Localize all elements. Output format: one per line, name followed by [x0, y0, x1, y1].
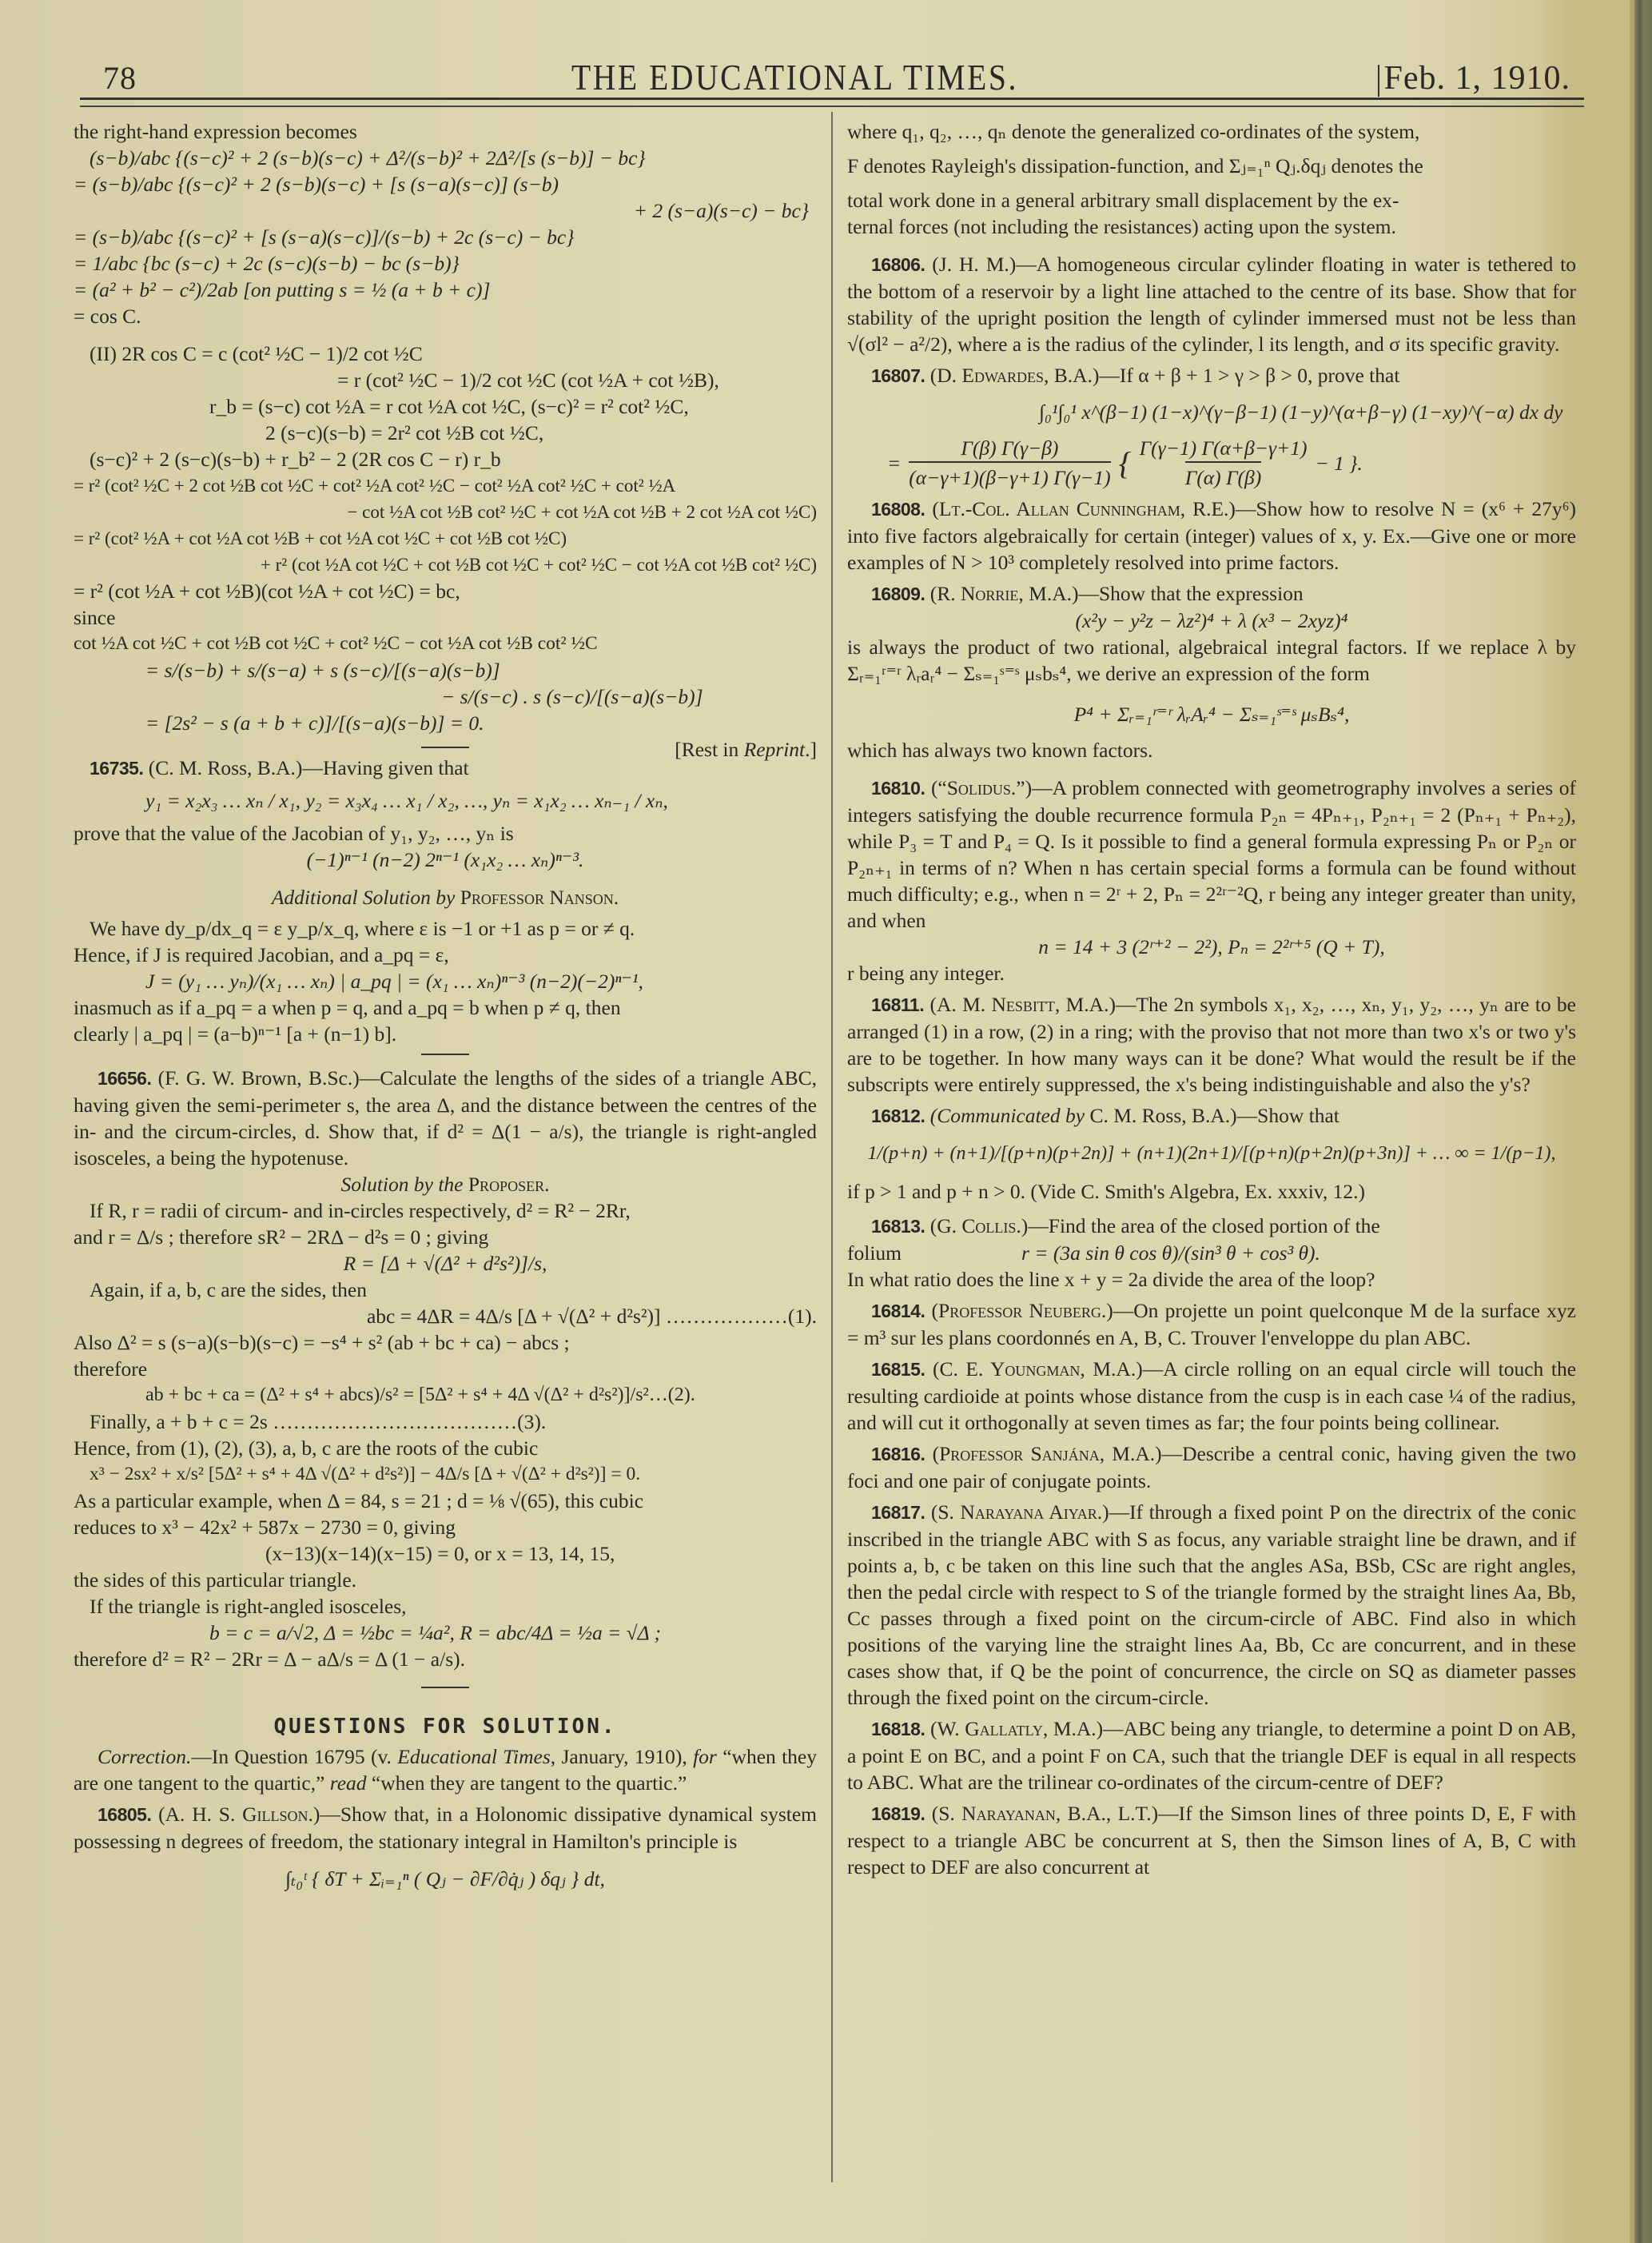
question-16810: 16810. (“Solidus.”)—A problem connected …	[847, 775, 1576, 934]
equation-line: = (s−b)/abc {(s−c)² + 2 (s−b)(s−c) + [s …	[74, 171, 817, 197]
prose-line: if p > 1 and p + n > 0. (Vide C. Smith's…	[847, 1178, 1576, 1205]
question-number: 16805.	[98, 1804, 151, 1825]
question-16816: 16816. (Professor Sanjána, M.A.)—Describ…	[847, 1440, 1576, 1494]
prose-line: reduces to x³ − 42x² + 587x − 2730 = 0, …	[74, 1514, 817, 1540]
prose-line: which has always two known factors.	[847, 737, 1576, 763]
equation-line: ∫₀¹∫₀¹ x^(β−1) (1−x)^(γ−β−1) (1−y)^(α+β−…	[847, 389, 1576, 435]
question-author: (A. H. S. Gillson.)	[158, 1803, 320, 1826]
equation-line: Also Δ² = s (s−a)(s−b)(s−c) = −s⁴ + s² (…	[74, 1329, 817, 1356]
page-number: 78	[103, 59, 137, 97]
equation-line: (s−c)² + 2 (s−c)(s−b) + r_b² − 2 (2R cos…	[74, 446, 817, 472]
prose-line: ternal forces (not including the resista…	[847, 213, 1576, 240]
question-16656: 16656. (F. G. W. Brown, B.Sc.)—Calculate…	[74, 1065, 817, 1171]
prose-line: As a particular example, when Δ = 84, s …	[74, 1488, 817, 1514]
question-16812: 16812. (Communicated by C. M. Ross, B.A.…	[847, 1102, 1576, 1129]
intro-text: the right-hand expression becomes	[74, 118, 817, 145]
question-number: 16656.	[98, 1068, 151, 1089]
since-label: since	[74, 604, 817, 631]
prose-line: We have dy_p/dx_q = ε y_p/x_q, where ε i…	[74, 915, 817, 942]
question-16815: 16815. (C. E. Youngman, M.A.)—A circle r…	[847, 1356, 1576, 1436]
equation-line: = [2s² − s (a + b + c)]/[(s−a)(s−b)] = 0…	[74, 710, 817, 736]
equation-line: therefore d² = R² − 2Rr = Δ − aΔ/s = Δ (…	[74, 1646, 817, 1672]
issue-date: Feb. 1, 1910.	[1378, 59, 1571, 98]
prose-line: where q₁, q₂, …, qₙ denote the generaliz…	[847, 118, 1576, 145]
equation-line: abc = 4ΔR = 4Δ/s [Δ + √(Δ² + d²s²)] ……………	[74, 1303, 817, 1329]
question-author: (C. M. Ross, B.A.)	[149, 756, 303, 779]
equation-line: cot ½A cot ½C + cot ½B cot ½C + cot² ½C …	[74, 631, 817, 657]
section-separator	[421, 1687, 469, 1688]
prose-line: F denotes Rayleigh's dissipation-functio…	[847, 145, 1576, 187]
equation-line: = r² (cot ½A + cot ½B)(cot ½A + cot ½C) …	[74, 578, 817, 604]
bracket-mark	[1378, 65, 1379, 97]
header-rule	[80, 98, 1584, 100]
equation-line: b = c = a/√2, Δ = ½bc = ¼a², R = abc/4Δ …	[74, 1620, 817, 1646]
question-16814: 16814. (Professor Neuberg.)—On projette …	[847, 1297, 1576, 1351]
fraction: Γ(β) Γ(γ−β) (α−γ+1)(β−γ+1) Γ(γ−1)	[909, 435, 1110, 491]
prose-line: Again, if a, b, c are the sides, then	[74, 1277, 817, 1303]
running-header: 78 THE EDUCATIONAL TIMES. Feb. 1, 1910.	[100, 56, 1570, 96]
column-divider	[831, 112, 833, 2182]
equation-line: = (s−b)/abc {(s−c)² + [s (s−a)(s−c)]/(s−…	[74, 224, 817, 250]
issue-date-text: Feb. 1, 1910.	[1384, 60, 1571, 97]
prose-line: If the triangle is right-angled isoscele…	[74, 1593, 817, 1620]
question-author: (F. G. W. Brown, B.Sc.)	[158, 1066, 360, 1090]
equation-line: = cos C.	[74, 303, 817, 329]
equation-line: (s−b)/abc {(s−c)² + 2 (s−b)(s−c) + Δ²/(s…	[74, 145, 817, 171]
equation-line: (x²y − y²z − λz²)⁴ + λ (x³ − 2xyz)⁴	[847, 608, 1576, 634]
equation-line: Finally, a + b + c = 2s ………………………………(3).	[74, 1408, 817, 1435]
equation-line: = s/(s−b) + s/(s−a) + s (s−c)/[(s−a)(s−b…	[74, 657, 817, 683]
question-16806: 16806. (J. H. M.)—A homogeneous circular…	[847, 251, 1576, 357]
journal-title: THE EDUCATIONAL TIMES.	[571, 56, 1018, 98]
correction-note: Correction.—In Question 16795 (v. Educat…	[74, 1743, 817, 1796]
gamma-identity: = Γ(β) Γ(γ−β) (α−γ+1)(β−γ+1) Γ(γ−1) { Γ(…	[847, 435, 1576, 491]
fraction: Γ(γ−1) Γ(α+β−γ+1) Γ(α) Γ(β)	[1140, 435, 1308, 491]
prose-line: total work done in a general arbitrary s…	[847, 187, 1576, 213]
question-16805: 16805. (A. H. S. Gillson.)—Show that, in…	[74, 1801, 817, 1855]
equation-line: J = (y₁ … yₙ)/(x₁ … xₙ) | a_pq | = (x₁ ……	[74, 968, 817, 994]
folium-line: foliumr = (3a sin θ cos θ)/(sin³ θ + cos…	[847, 1240, 1576, 1266]
question-number: 16735.	[90, 758, 143, 779]
question-16817: 16817. (S. Narayana Aiyar.)—If through a…	[847, 1499, 1576, 1711]
prose-line: the sides of this particular triangle.	[74, 1567, 817, 1593]
left-column: the right-hand expression becomes (s−b)/…	[74, 118, 817, 1892]
equation-line: = r² (cot² ½A + cot ½A cot ½B + cot ½A c…	[74, 525, 817, 552]
book-binding-strip	[1634, 0, 1652, 2243]
equation-line: n = 14 + 3 (2ʳ⁺² − 2²), Pₙ = 2²ʳ⁺⁵ (Q + …	[847, 934, 1576, 960]
question-16808: 16808. (Lt.-Col. Allan Cunningham, R.E.)…	[847, 496, 1576, 576]
equation-line: = r² (cot² ½C + 2 cot ½B cot ½C + cot² ½…	[74, 472, 817, 499]
equation-line: x³ − 2sx² + x/s² [5Δ² + s⁴ + 4Δ √(Δ² + d…	[74, 1461, 817, 1488]
prose-line: and r = Δ/s ; therefore sR² − 2RΔ − d²s …	[74, 1224, 817, 1250]
equation-line: − s/(s−c) . s (s−c)/[(s−a)(s−b)]	[74, 683, 817, 710]
question-16813: 16813. (G. Collis.)—Find the area of the…	[847, 1213, 1576, 1240]
solution-heading: Additional Solution by Professor Nanson.	[74, 884, 817, 910]
solution-heading: Solution by the Proposer.	[74, 1171, 817, 1197]
question-16811: 16811. (A. M. Nesbitt, M.A.)—The 2n symb…	[847, 991, 1576, 1098]
header-rule-secondary	[80, 106, 1584, 107]
equation-line: 2 (s−c)(s−b) = 2r² cot ½B cot ½C,	[74, 420, 817, 446]
equation-line: r_b = (s−c) cot ½A = r cot ½A cot ½C, (s…	[74, 393, 817, 420]
prose-line: If R, r = radii of circum- and in-circle…	[74, 1197, 817, 1224]
question-16809: 16809. (R. Norrie, M.A.)—Show that the e…	[847, 580, 1576, 608]
question-16818: 16818. (W. Gallatly, M.A.)—ABC being any…	[847, 1715, 1576, 1795]
question-16819: 16819. (S. Narayanan, B.A., L.T.)—If the…	[847, 1800, 1576, 1880]
prose-line: prove that the value of the Jacobian of …	[74, 820, 817, 847]
equation-line: = 1/abc {bc (s−c) + 2c (s−c)(s−b) − bc (…	[74, 250, 817, 277]
prose-line: inasmuch as if a_pq = a when p = q, and …	[74, 994, 817, 1021]
prose-line: Hence, if J is required Jacobian, and a_…	[74, 942, 817, 968]
equation-line: (−1)ⁿ⁻¹ (n−2) 2ⁿ⁻¹ (x₁x₂ … xₙ)ⁿ⁻³.	[74, 847, 817, 873]
prose-line: r being any integer.	[847, 960, 1576, 986]
right-column: where q₁, q₂, …, qₙ denote the generaliz…	[847, 118, 1576, 1880]
equation-line: + r² (cot ½A cot ½C + cot ½B cot ½C + co…	[74, 552, 817, 578]
equation-line: P⁴ + Σᵣ₌₁ʳ⁼ʳ λᵣAᵣ⁴ − Σₛ₌₁ˢ⁼ˢ μₛBₛ⁴,	[847, 695, 1576, 737]
equation-line: (x−13)(x−14)(x−15) = 0, or x = 13, 14, 1…	[74, 1540, 817, 1567]
section-separator	[421, 1054, 469, 1055]
equation-line: R = [Δ + √(Δ² + d²s²)]/s,	[74, 1250, 817, 1277]
prose-paragraph: is always the product of two rational, a…	[847, 634, 1576, 695]
equation-line: = r (cot² ½C − 1)/2 cot ½C (cot ½A + cot…	[74, 367, 817, 393]
scanned-page: 78 THE EDUCATIONAL TIMES. Feb. 1, 1910. …	[0, 0, 1652, 2243]
equation-line: + 2 (s−a)(s−c) − bc}	[74, 197, 817, 224]
equation-line: ∫ₜ₀ᵗ { δT + Σᵢ₌₁ⁿ ( Qⱼ − ∂F/∂q̇ⱼ ) δqⱼ }…	[74, 1855, 817, 1892]
equation-line: 1/(p+n) + (n+1)/[(p+n)(p+2n)] + (n+1)(2n…	[847, 1129, 1576, 1178]
question-16807: 16807. (D. Edwardes, B.A.)—If α + β + 1 …	[847, 362, 1576, 389]
equation-line: = (a² + b² − c²)/2ab [on putting s = ½ (…	[74, 277, 817, 303]
prose-line: In what ratio does the line x + y = 2a d…	[847, 1266, 1576, 1293]
prose-line: Hence, from (1), (2), (3), a, b, c are t…	[74, 1435, 817, 1461]
equation-line: y₁ = x₂x₃ … xₙ / x₁, y₂ = x₃x₄ … x₁ / x₂…	[74, 782, 817, 820]
prose-line: therefore	[74, 1356, 817, 1382]
prose-line: clearly | a_pq | = (a−b)ⁿ⁻¹ [a + (n−1) b…	[74, 1021, 817, 1047]
section-separator	[421, 747, 469, 748]
questions-for-solution-heading: QUESTIONS FOR SOLUTION.	[74, 1714, 817, 1740]
equation-line: (II) 2R cos C = c (cot² ½C − 1)/2 cot ½C	[74, 341, 817, 367]
equation-line: ab + bc + ca = (Δ² + s⁴ + abcs)/s² = [5Δ…	[74, 1382, 817, 1408]
question-text: —Having given that	[302, 756, 468, 779]
equation-line: − cot ½A cot ½B cot² ½C + cot ½A cot ½B …	[74, 499, 817, 525]
